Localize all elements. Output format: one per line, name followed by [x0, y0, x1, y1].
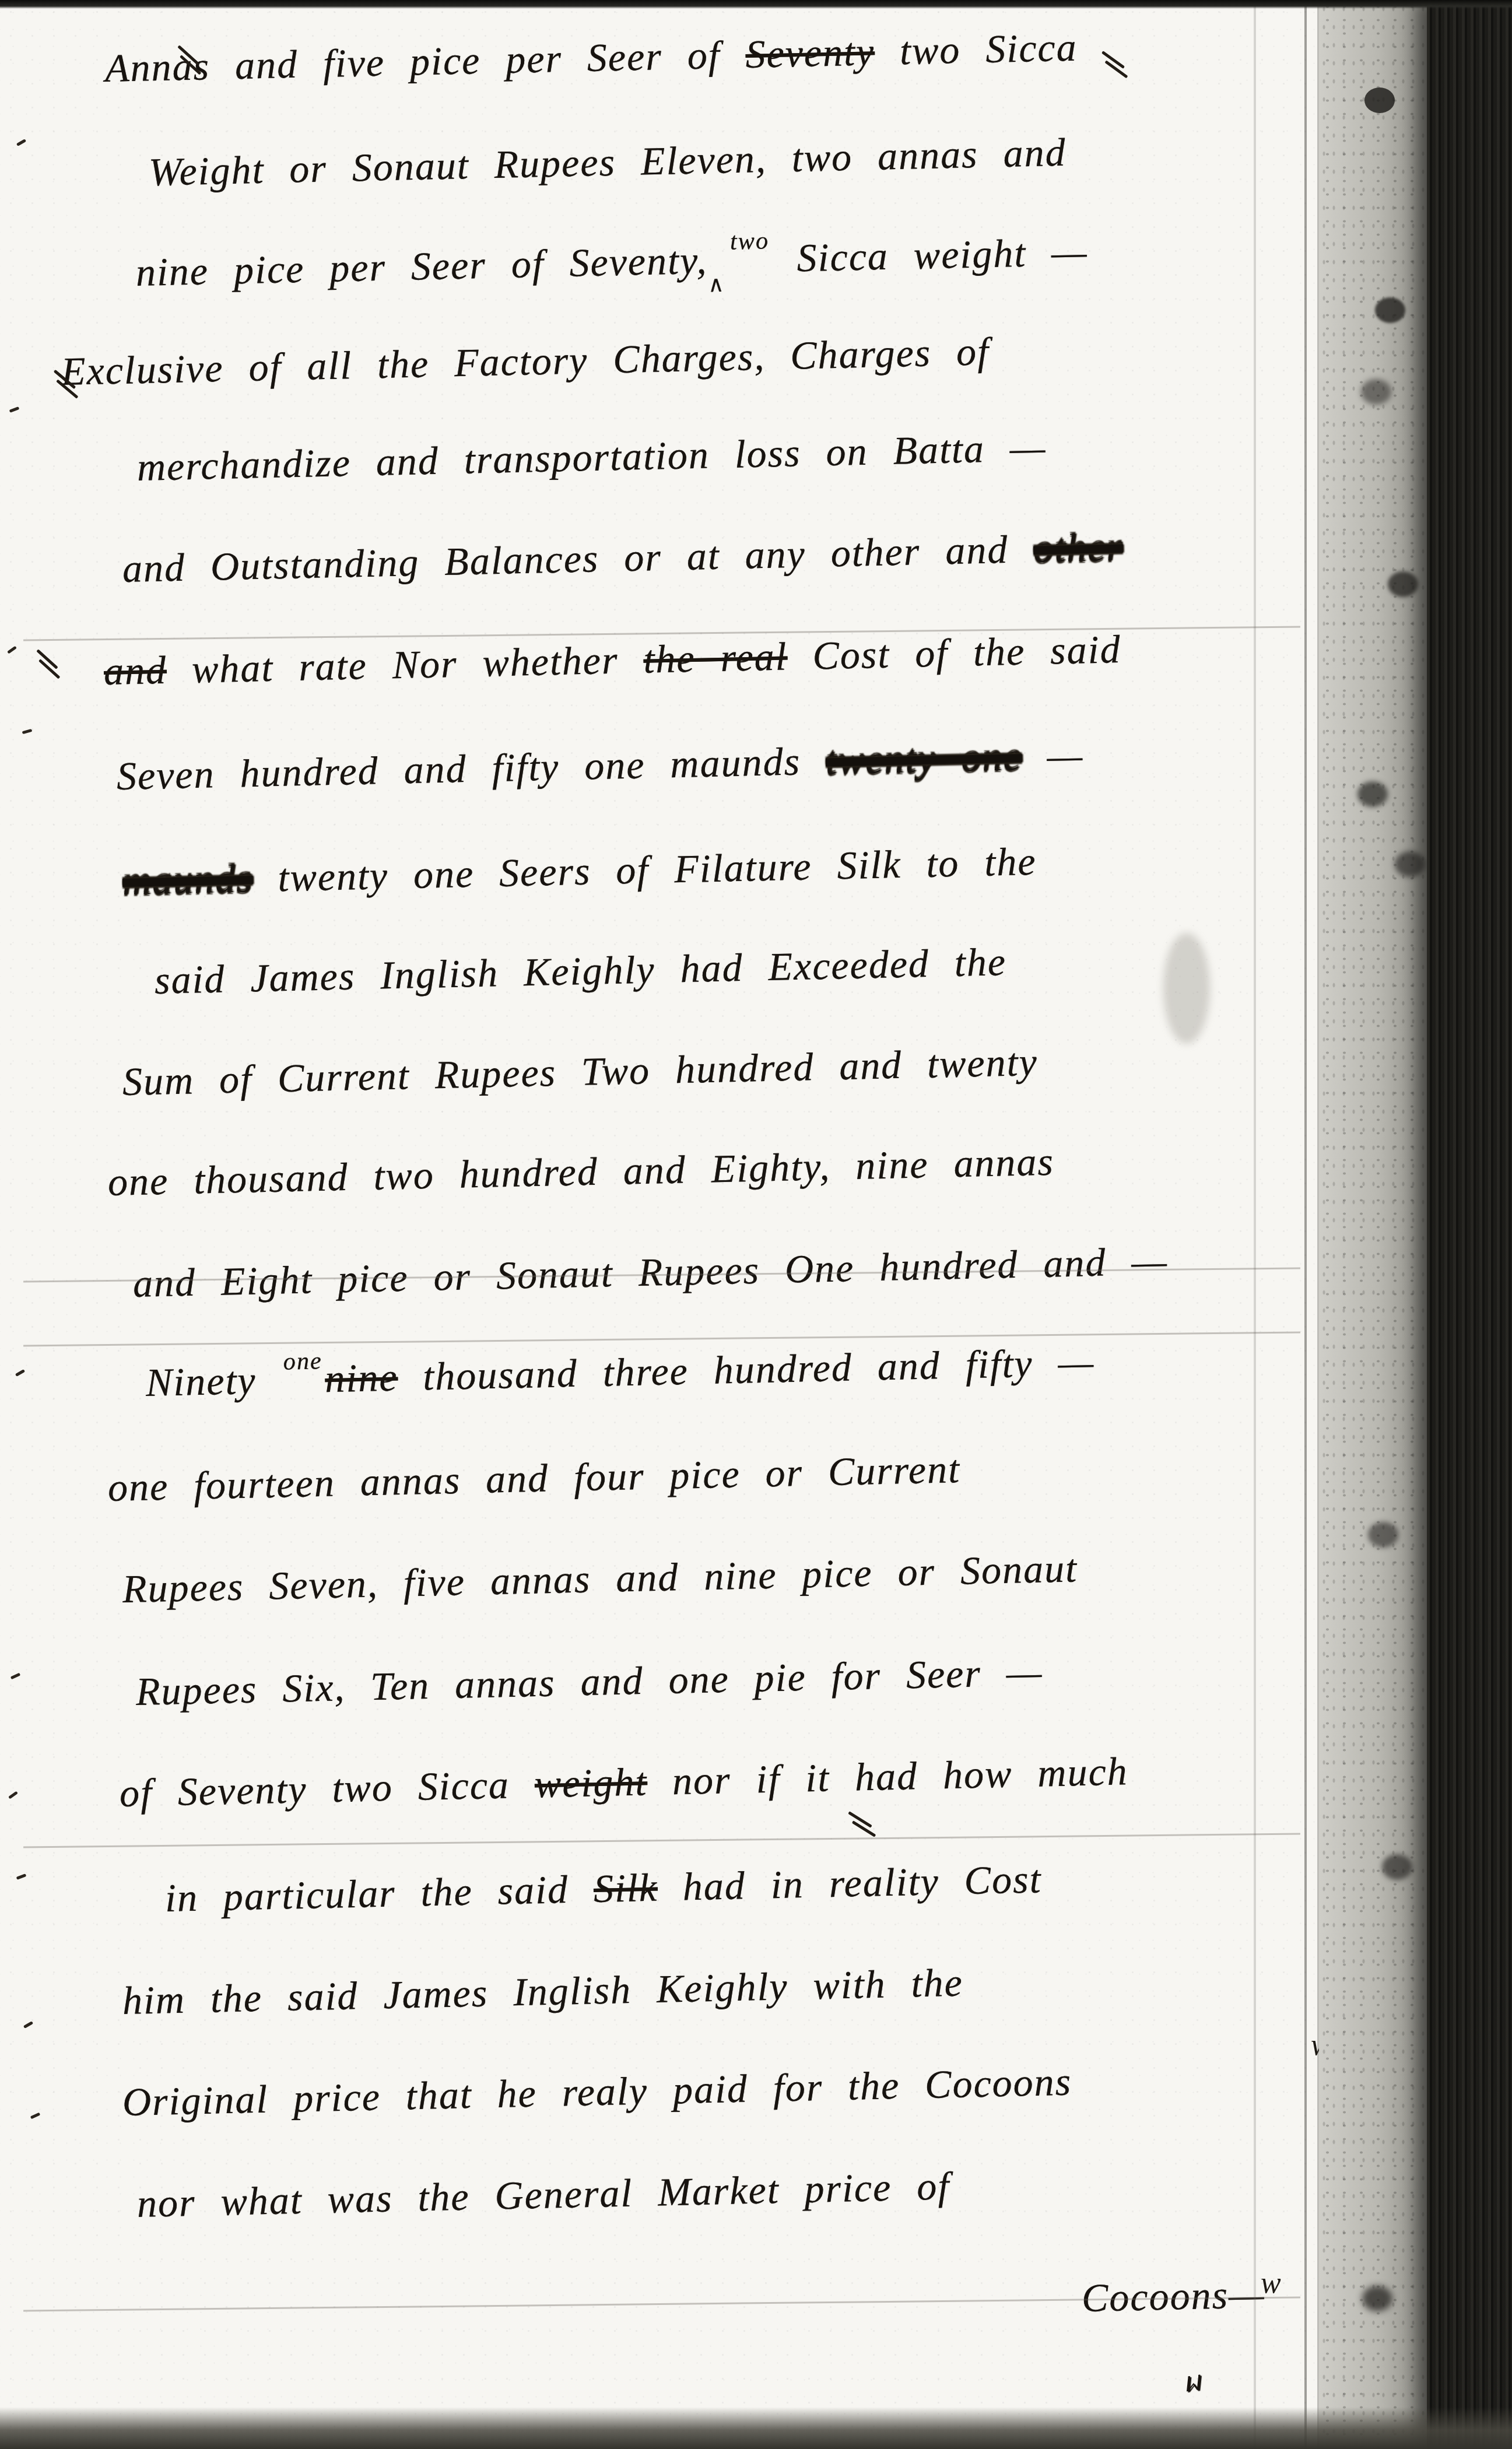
word-run: Ninety — [145, 1357, 282, 1405]
inserted-word: two — [730, 227, 770, 255]
scribbled-word: twenty one — [825, 734, 1022, 783]
scan-top-edge — [0, 0, 1512, 9]
struck-word: and — [103, 648, 167, 693]
struck-word: Seventy — [745, 29, 875, 76]
word-run: what rate Nor whether — [166, 637, 644, 692]
page-edge-mottled-strip — [1319, 0, 1427, 2449]
ink-smudge — [1163, 933, 1210, 1044]
ink-blot-cluster — [1364, 87, 1395, 113]
word-run: Cost of the said — [787, 627, 1122, 678]
scribbled-word: other — [1033, 525, 1123, 571]
word-run: in particular the said — [164, 1866, 594, 1920]
word-run: two Sicca — [874, 25, 1078, 74]
struck-word: Silk — [593, 1865, 658, 1911]
inserted-word: one — [283, 1347, 322, 1375]
word-run: Cocoons— — [1081, 2272, 1265, 2320]
manuscript-line: Cocoons— — [1081, 2271, 1265, 2321]
gutter-letter-mark: w — [1261, 2266, 1281, 2300]
struck-word: weight — [534, 1759, 648, 1806]
struck-word: nine — [324, 1355, 398, 1401]
word-run: had in reality Cost — [657, 1857, 1042, 1909]
struck-word: the real — [643, 634, 788, 681]
scribbled-word: maunds — [122, 856, 253, 903]
word-run: nor if it had how much — [647, 1749, 1128, 1804]
word-run: — — [1022, 733, 1084, 778]
vertical-crease — [1304, 0, 1307, 2449]
caret-mark: ∧ — [708, 271, 725, 298]
scan-bottom-edge — [0, 2407, 1512, 2449]
word-run: Sicca weight — — [771, 229, 1089, 280]
word-run: of Seventy two Sicca — [119, 1762, 535, 1815]
vertical-crease — [1254, 0, 1256, 2449]
manuscript-page: Annas and five pice per Seer of Seventy … — [0, 0, 1512, 2449]
binding-shadow-band — [1427, 0, 1512, 2449]
